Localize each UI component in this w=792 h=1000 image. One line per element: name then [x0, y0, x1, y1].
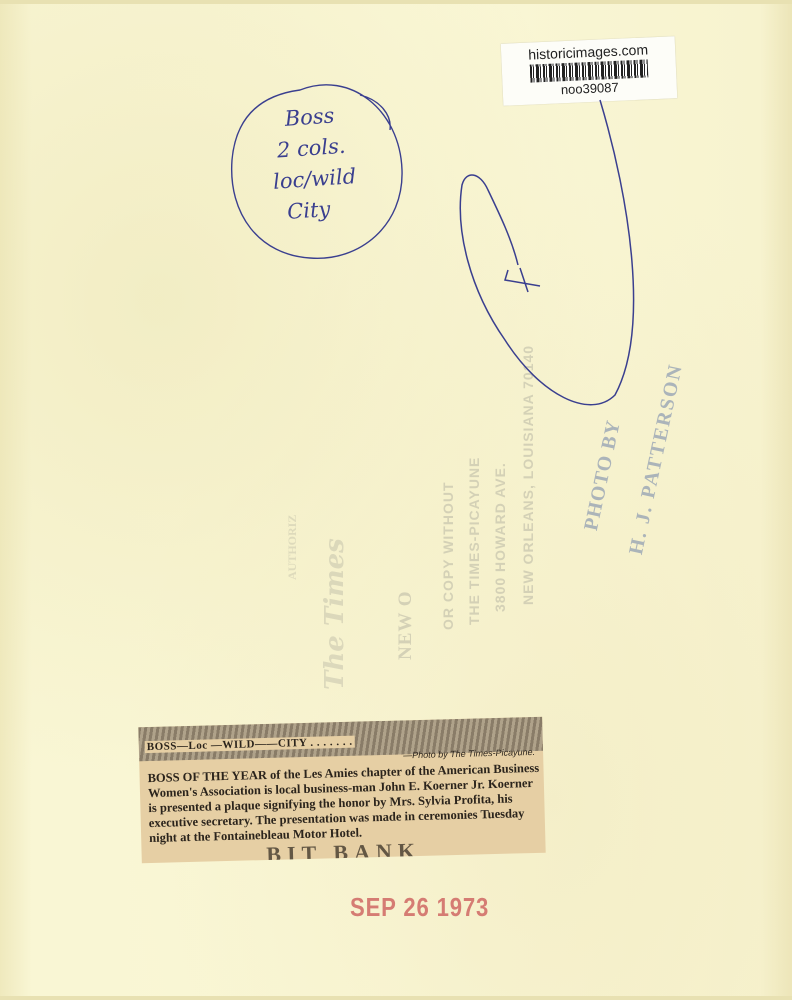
handwritten-note: Boss 2 cols. loc/wild City — [268, 99, 359, 228]
loop-mark-icon — [460, 100, 633, 405]
note-line: Boss — [284, 99, 353, 135]
clipping-caption: BOSS OF THE YEAR of the Les Amies chapte… — [147, 761, 541, 846]
date-stamp: SEP 26 1973 — [350, 892, 489, 923]
note-line: loc/wild — [272, 161, 357, 198]
four-mark-icon — [505, 268, 540, 292]
note-line: City — [286, 192, 359, 228]
newspaper-clipping: BOSS—Loc —WILD——CITY . . . . . . . —Phot… — [138, 717, 545, 864]
clipping-credit: —Photo by The Times-Picayune. — [403, 747, 535, 760]
